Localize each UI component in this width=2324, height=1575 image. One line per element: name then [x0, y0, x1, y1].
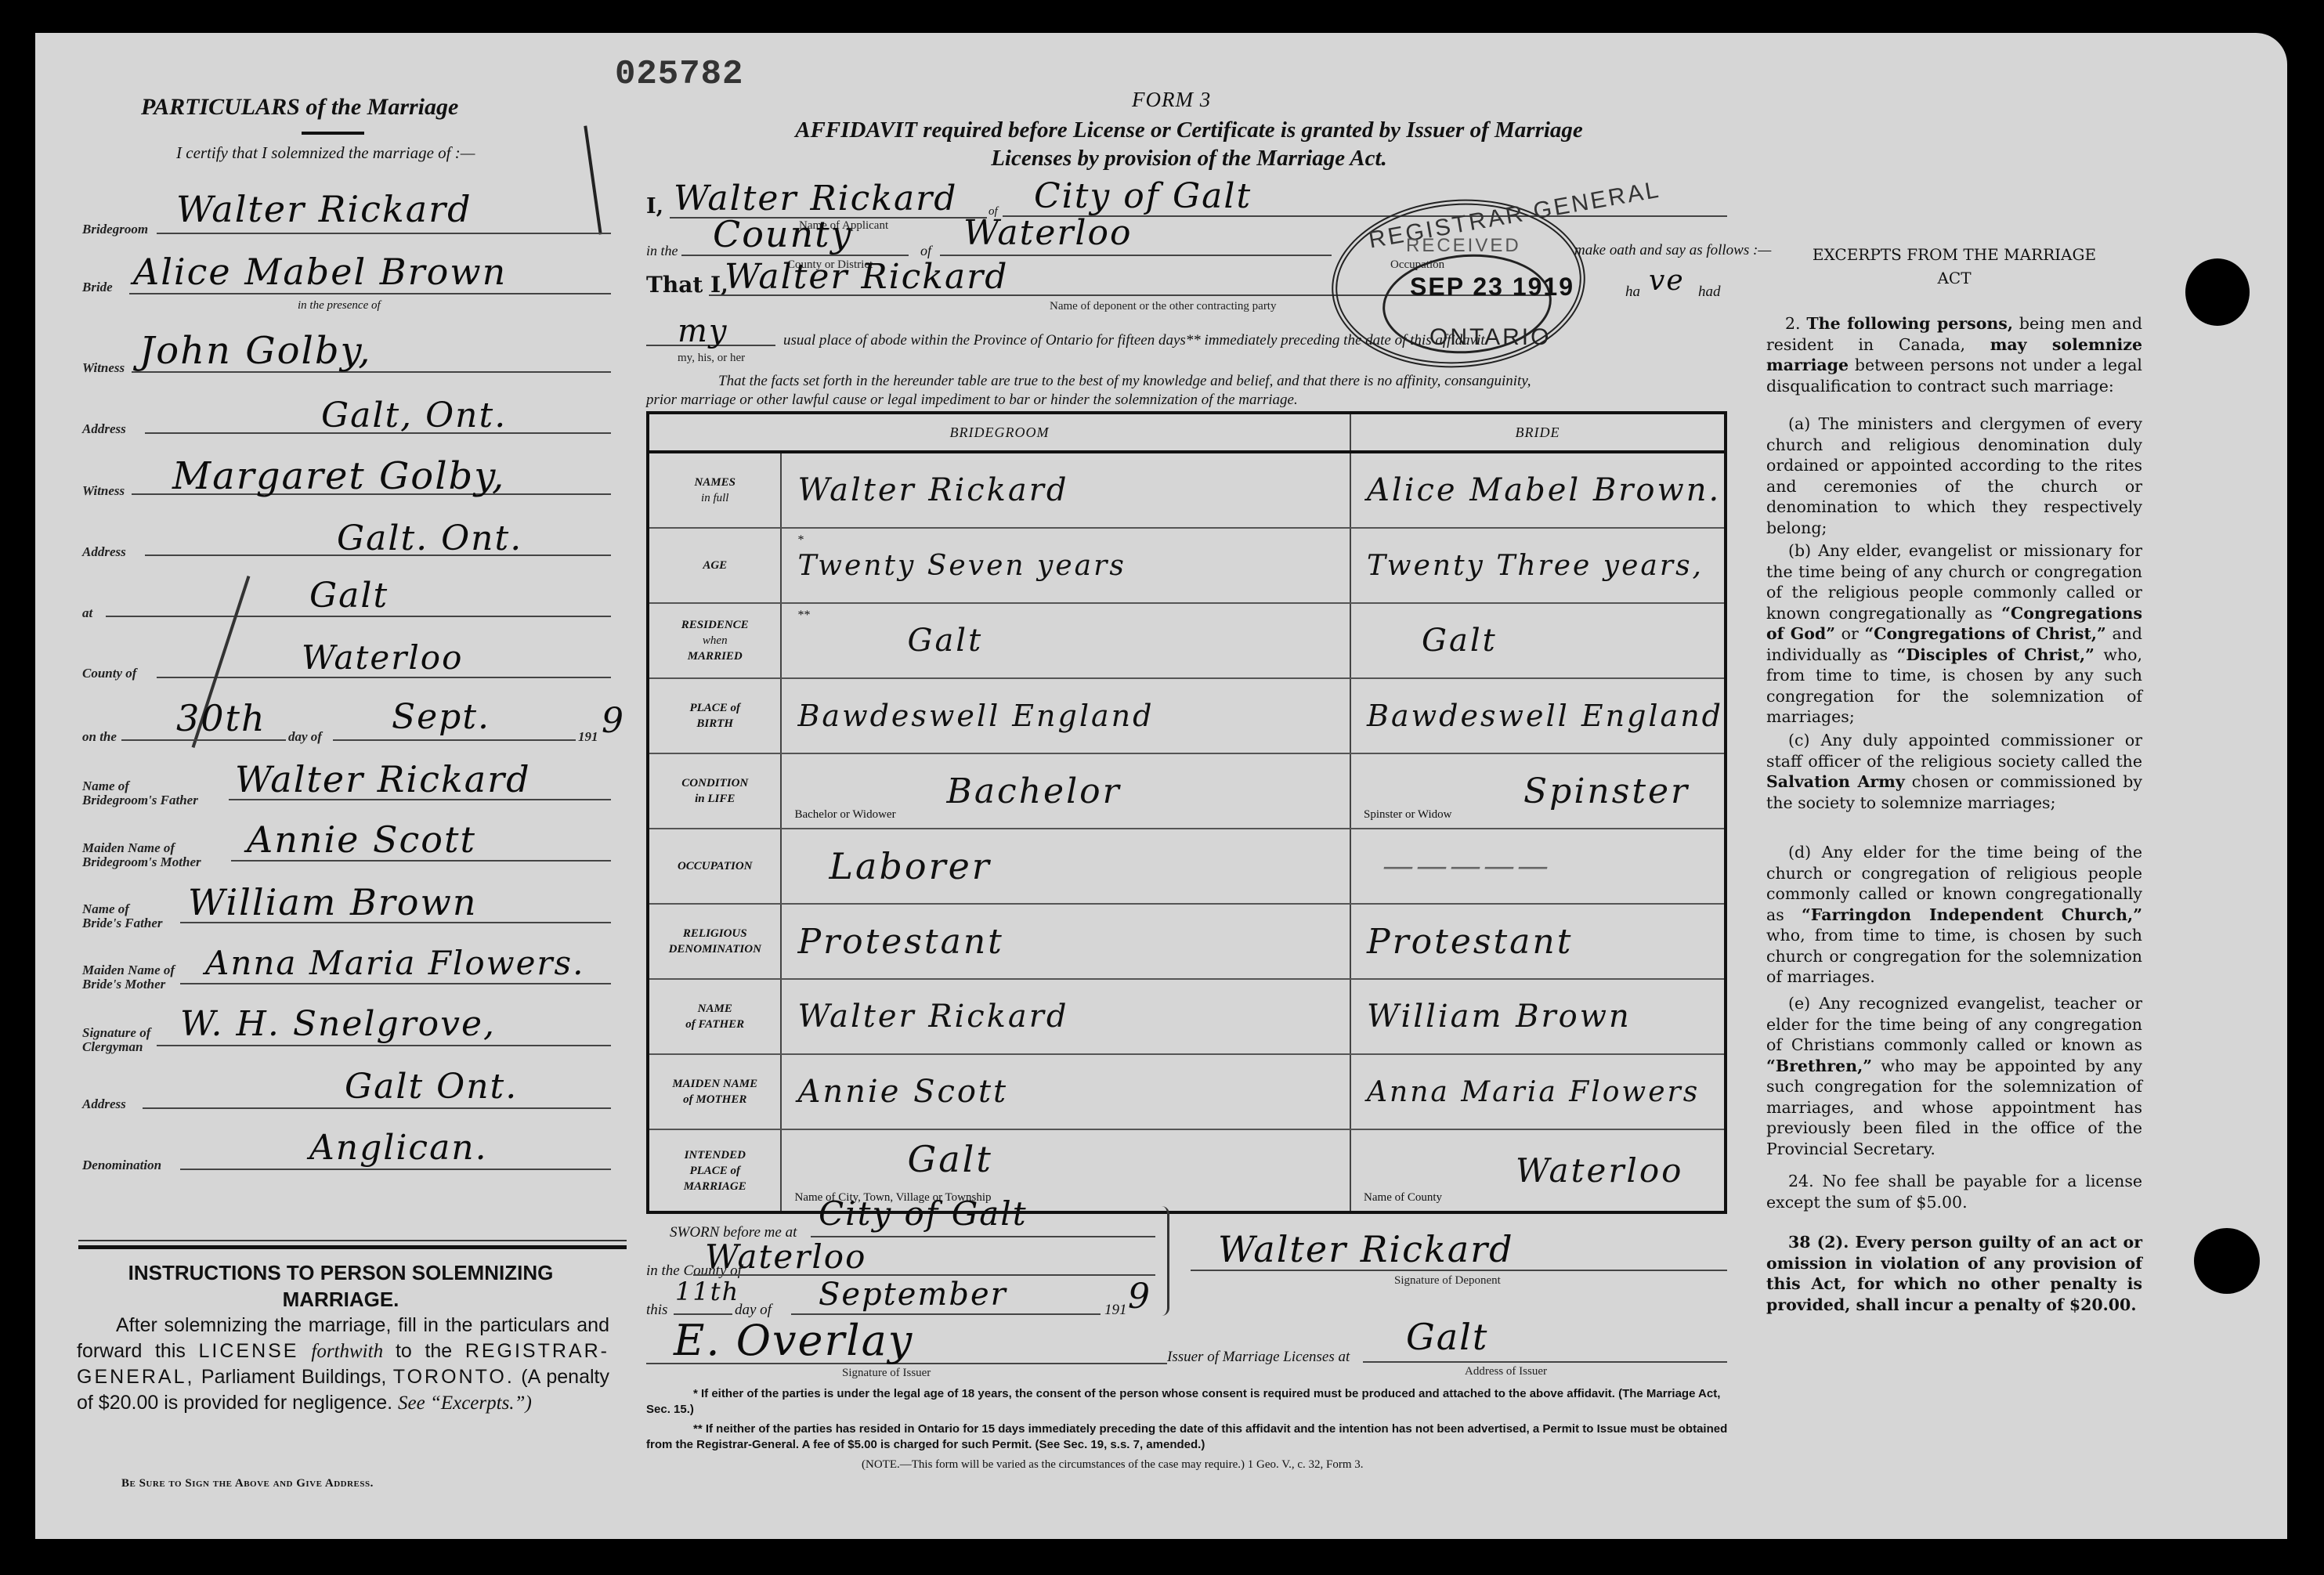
groom-condition: Bachelor — [946, 771, 1121, 811]
issuer-signature: E. Overlay — [674, 1316, 913, 1365]
table-row-residence: RESIDENCEwhenMARRIED **Galt Galt — [648, 603, 1726, 678]
groom-birthplace: Bawdeswell England — [797, 699, 1154, 733]
deponent-caption: Name of deponent or the other contractin… — [1050, 300, 1276, 313]
bride-residence: Galt — [1422, 623, 1498, 659]
footnote-age: * If either of the parties is under the … — [646, 1386, 1735, 1418]
excerpt-section-38: 38 (2). Every person guilty of an act or… — [1766, 1232, 2142, 1315]
groom-father: Walter Rickard — [797, 999, 1068, 1035]
bridegroom-value: Walter Rickard — [176, 188, 472, 230]
clergy-address-label: Address — [82, 1096, 126, 1112]
groom-residence: Galt — [907, 623, 983, 659]
instructions-body: After solemnizing the marriage, fill in … — [77, 1313, 609, 1416]
bride-occupation: ————— — [1382, 848, 1551, 884]
address2-label: Address — [82, 544, 126, 560]
bride-birthplace: Bawdeswell England — [1367, 699, 1723, 733]
date-day-value: 30th — [176, 697, 266, 739]
witness2-value: Margaret Golby, — [172, 454, 505, 498]
abode-pronoun-value: my — [678, 313, 728, 349]
witness1-value: John Golby, — [139, 329, 372, 373]
groom-mother-label: Maiden Name ofBridegroom's Mother — [82, 841, 201, 869]
row-label: PLACE ofBIRTH — [648, 678, 781, 753]
sworn-place-value: City of Galt — [819, 1194, 1028, 1233]
bridegroom-label: Bridegroom — [82, 222, 148, 237]
witness2-label: Witness — [82, 483, 125, 499]
instructions-footer: Be Sure to Sign the Above and Give Addre… — [121, 1477, 374, 1490]
this-label: this — [646, 1302, 667, 1319]
in-the-label: in the — [646, 243, 678, 259]
bride-mother: Anna Maria Flowers — [1367, 1076, 1700, 1108]
excerpt-clause-a: (a) The ministers and clergymen of every… — [1766, 414, 2142, 538]
deponent-signature-caption: Signature of Deponent — [1394, 1274, 1501, 1288]
stamp-bottom-text: ONTARIO — [1429, 324, 1551, 351]
excerpt-clause-d: (d) Any elder for the time being of the … — [1766, 842, 2142, 988]
facts-statement: That the facts set forth in the hereunde… — [646, 372, 1735, 410]
date-month-value: Sept. — [392, 697, 490, 737]
row-label: CONDITIONin LIFE — [648, 753, 781, 829]
excerpt-clause-c: (c) Any duly appointed commissioner or s… — [1766, 730, 2142, 813]
excerpt-section-24: 24. No fee shall be payable for a licens… — [1766, 1171, 2142, 1212]
had-label: had — [1698, 284, 1721, 301]
bride-value: Alice Mabel Brown — [133, 251, 507, 293]
county-value: Waterloo — [302, 638, 463, 677]
bride-intended-place: Waterloo — [1516, 1151, 1683, 1190]
issuer-signature-caption: Signature of Issuer — [842, 1367, 931, 1380]
table-row-father: NAMEof FATHER Walter Rickard William Bro… — [648, 979, 1726, 1054]
bride-mother-value: Anna Maria Flowers. — [205, 944, 584, 982]
clergy-address-value: Galt Ont. — [345, 1067, 518, 1107]
form-note: (NOTE.—This form will be varied as the c… — [862, 1458, 1364, 1472]
ha-value: ve — [1649, 265, 1685, 297]
row-label: RESIDENCEwhenMARRIED — [648, 603, 781, 678]
punch-hole-bottom — [2194, 1228, 2260, 1294]
deponent-name: Walter Rickard — [725, 257, 1008, 297]
bride-label: Bride — [82, 280, 113, 295]
table-row-denomination: RELIGIOUSDENOMINATION Protestant Protest… — [648, 904, 1726, 979]
at-value: Galt — [309, 576, 389, 616]
issuer-address-value: Galt — [1406, 1316, 1488, 1358]
sworn-month-value: September — [819, 1277, 1007, 1313]
bride-father-value: William Brown — [188, 881, 477, 923]
particulars-table: BRIDEGROOM BRIDE NAMESin full Walter Ric… — [646, 411, 1727, 1214]
bride-condition: Spinster — [1523, 771, 1690, 811]
ha-label: ha — [1625, 284, 1640, 301]
applicant-of-value: City of Galt — [1034, 176, 1252, 216]
sworn-day-value: 11th — [675, 1277, 739, 1306]
row-label: OCCUPATION — [648, 829, 781, 904]
particulars-title: PARTICULARS of the Marriage — [141, 94, 458, 121]
table-row-intended-place: INTENDEDPLACE ofMARRIAGE Name of City, T… — [648, 1129, 1726, 1212]
presence-label: in the presence of — [298, 299, 381, 312]
table-row-names: NAMESin full Walter Rickard Alice Mabel … — [648, 452, 1726, 528]
groom-occupation: Laborer — [829, 845, 991, 887]
bride-father: William Brown — [1367, 999, 1632, 1035]
sworn-year-prefix: 191 — [1104, 1302, 1127, 1319]
instructions-heading: INSTRUCTIONS TO PERSON SOLEMNIZING MARRI… — [74, 1259, 607, 1313]
row-label: MAIDEN NAMEof MOTHER — [648, 1054, 781, 1129]
groom-mother: Annie Scott — [797, 1074, 1008, 1110]
stamp-date: SEP 23 1919 — [1410, 273, 1574, 302]
table-row-occupation: OCCUPATION Laborer ————— — [648, 829, 1726, 904]
title-rule — [302, 132, 364, 135]
bride-father-label: Name ofBride's Father — [82, 902, 163, 930]
bridegroom-header: BRIDEGROOM — [648, 413, 1350, 452]
groom-father-label: Name ofBridegroom's Father — [82, 779, 198, 807]
bride-age: Twenty Three years, — [1367, 550, 1704, 582]
at-label: at — [82, 605, 92, 621]
address2-value: Galt. Ont. — [337, 518, 522, 558]
issuer-address-caption: Address of Issuer — [1465, 1365, 1547, 1378]
punch-hole-top — [2185, 258, 2250, 326]
county-type-value: County — [713, 213, 853, 255]
excerpts-heading: EXCERPTS FROM THE MARRIAGE ACT — [1766, 243, 2142, 290]
groom-name: Walter Rickard — [797, 472, 1068, 508]
table-row-birthplace: PLACE ofBIRTH Bawdeswell England Bawdesw… — [648, 678, 1726, 753]
affidavit-title: AFFIDAVIT required before License or Cer… — [641, 116, 1737, 172]
address1-value: Galt, Ont. — [321, 396, 507, 435]
excerpt-clause-e: (e) Any recognized evangelist, teacher o… — [1766, 993, 2142, 1159]
table-row-age: AGE *Twenty Seven years Twenty Three yea… — [648, 528, 1726, 603]
bride-header: BRIDE — [1350, 413, 1726, 452]
year-prefix: 191 — [578, 729, 598, 745]
groom-intended-place: Galt — [907, 1138, 992, 1180]
i-label: I, — [646, 194, 663, 219]
certify-text: I certify that I solemnized the marriage… — [176, 143, 475, 163]
table-row-mother: MAIDEN NAMEof MOTHER Annie Scott Anna Ma… — [648, 1054, 1726, 1129]
on-the-label: on the — [82, 729, 117, 745]
denomination-value: Anglican. — [309, 1128, 488, 1168]
clergyman-signature: W. H. Snelgrove, — [180, 1004, 496, 1044]
row-label: NAMESin full — [648, 452, 781, 528]
row-label: RELIGIOUSDENOMINATION — [648, 904, 781, 979]
sworn-county-value: Waterloo — [705, 1237, 866, 1276]
year-suffix-value: 9 — [602, 701, 625, 741]
row-label: AGE — [648, 528, 781, 603]
excerpt-clause-b: (b) Any elder, evangelist or missionary … — [1766, 540, 2142, 728]
day-of-label: day of — [288, 729, 322, 745]
pronoun-caption: my, his, or her — [678, 352, 745, 365]
groom-mother-value: Annie Scott — [247, 818, 476, 861]
stamp-received-text: RECEIVED — [1406, 235, 1521, 257]
witness1-label: Witness — [82, 360, 125, 376]
clergyman-label: Signature ofClergyman — [82, 1026, 150, 1054]
serial-number: 025782 — [615, 55, 743, 94]
address1-label: Address — [82, 421, 126, 437]
groom-father-value: Walter Rickard — [235, 758, 531, 800]
county-label: County of — [82, 666, 136, 681]
groom-age: Twenty Seven years — [797, 550, 1126, 582]
make-oath-text: make oath and say as follows :— — [1574, 242, 1771, 259]
bride-name: Alice Mabel Brown. — [1367, 472, 1721, 508]
denomination-label: Denomination — [82, 1158, 161, 1173]
footnote-residence: ** If neither of the parties has resided… — [646, 1421, 1735, 1453]
bride-mother-label: Maiden Name ofBride's Mother — [82, 963, 175, 992]
county-name-value: Waterloo — [963, 213, 1132, 253]
table-row-condition: CONDITIONin LIFE Bachelor or WidowerBach… — [648, 753, 1726, 829]
sworn-year-suffix: 9 — [1128, 1277, 1151, 1317]
row-label: NAMEof FATHER — [648, 979, 781, 1054]
deponent-signature: Walter Rickard — [1218, 1228, 1514, 1270]
excerpt-section-2: 2. The following persons, being men and … — [1766, 313, 2142, 396]
bride-denomination: Protestant — [1367, 922, 1573, 962]
issuer-at-label: Issuer of Marriage Licenses at — [1167, 1349, 1350, 1366]
groom-denomination: Protestant — [797, 922, 1003, 962]
row-label: INTENDEDPLACE ofMARRIAGE — [648, 1129, 781, 1212]
form-label: FORM 3 — [1132, 88, 1211, 112]
sworn-bracket — [1161, 1206, 1169, 1316]
